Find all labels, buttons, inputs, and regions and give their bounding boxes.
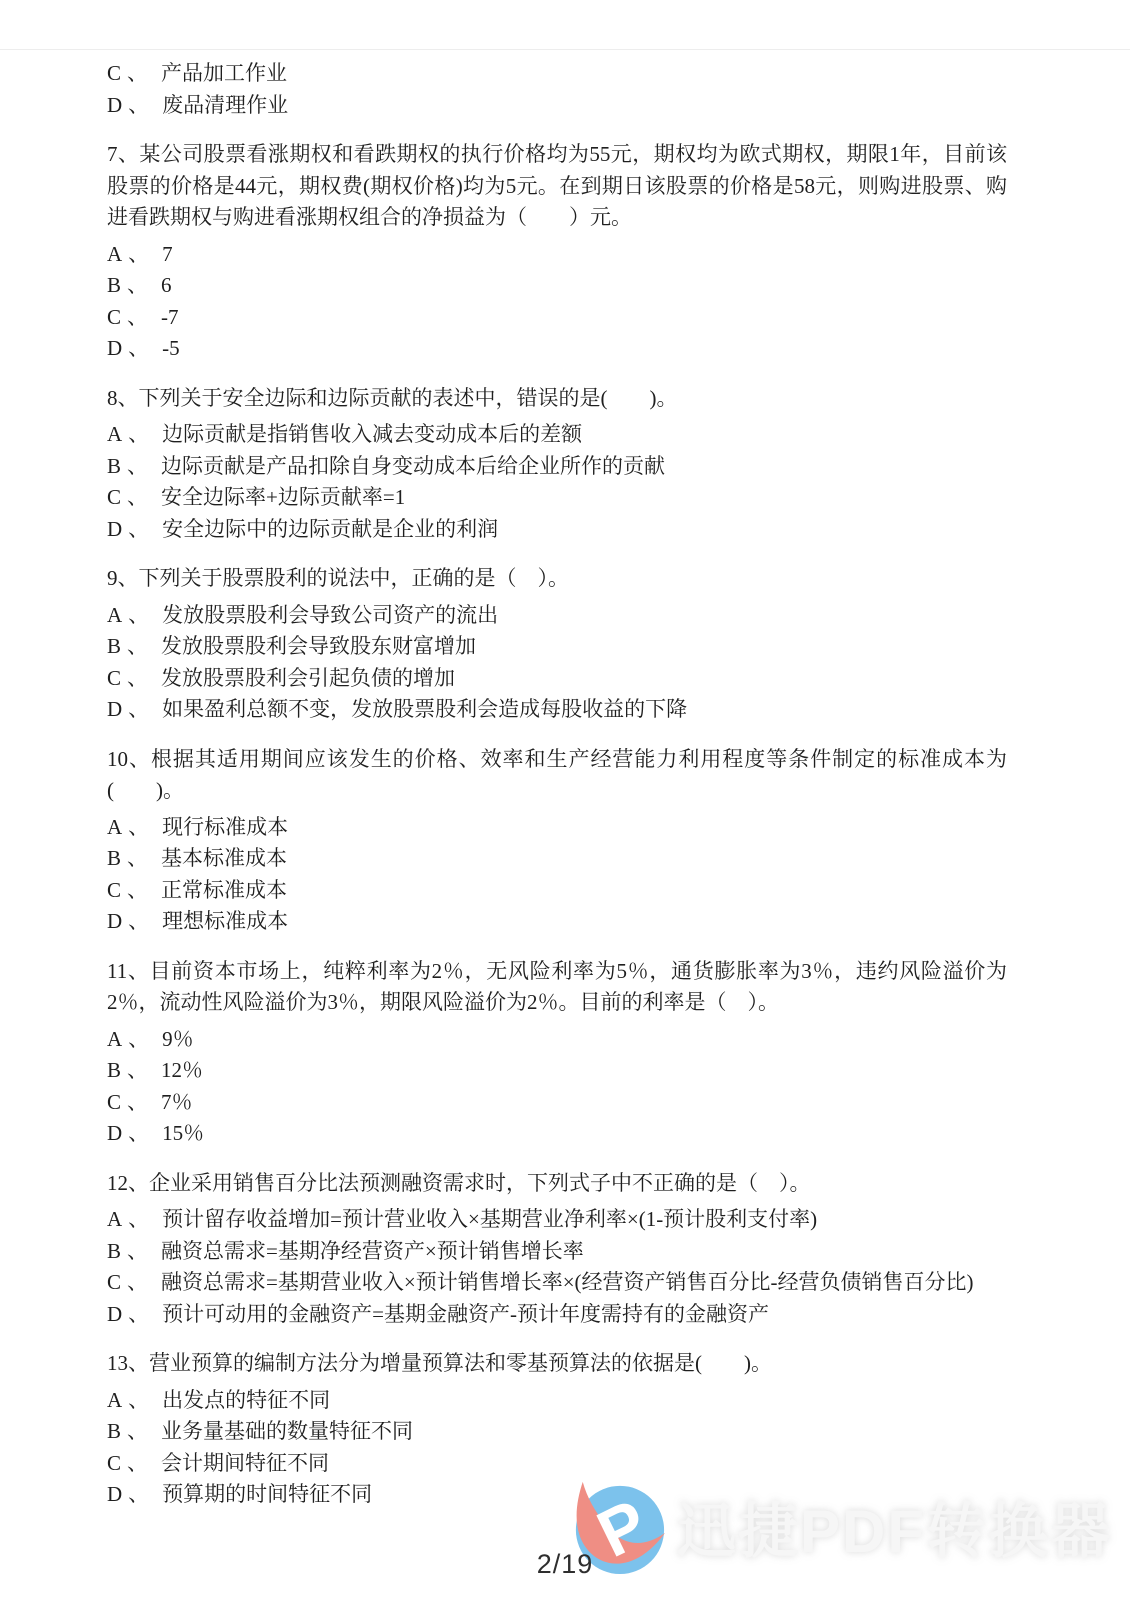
- option-row: A、出发点的特征不同: [107, 1385, 1007, 1417]
- option-label: A、: [107, 422, 155, 446]
- option-row: B、发放股票股利会导致股东财富增加: [107, 631, 1007, 663]
- option-label: A、: [107, 1207, 155, 1231]
- option-text: 9％: [162, 1027, 194, 1051]
- option-label: C、: [107, 1451, 154, 1475]
- option-text: 发放股票股利会导致公司资产的流出: [162, 603, 498, 627]
- option-row: C、融资总需求=基期营业收入×预计销售增长率×(经营资产销售百分比-经营负债销售…: [107, 1267, 1007, 1299]
- question-block-7: 7、某公司股票看涨期权和看跌期权的执行价格均为55元，期权均为欧式期权，期限1年…: [107, 139, 1007, 365]
- question-stem: 12、企业采用销售百分比法预测融资需求时，下列式子中不正确的是（ ）。: [107, 1168, 1007, 1200]
- option-text: 安全边际率+边际贡献率=1: [161, 485, 405, 509]
- option-row: C、-7: [107, 302, 1007, 334]
- option-label: B、: [107, 454, 154, 478]
- question-options: A、现行标准成本 B、基本标准成本 C、正常标准成本 D、理想标准成本: [107, 812, 1007, 938]
- option-row: B、基本标准成本: [107, 843, 1007, 875]
- option-row: A、预计留存收益增加=预计营业收入×基期营业净利率×(1-预计股利支付率): [107, 1204, 1007, 1236]
- option-label: C、: [107, 1090, 154, 1114]
- option-row: D、预算期的时间特征不同: [107, 1479, 1007, 1511]
- option-label: B、: [107, 1419, 154, 1443]
- option-text: 安全边际中的边际贡献是企业的利润: [162, 517, 498, 541]
- option-row: D、废品清理作业: [107, 90, 1007, 122]
- option-label: D、: [107, 697, 155, 721]
- option-text: 现行标准成本: [162, 815, 288, 839]
- option-text: 边际贡献是指销售收入减去变动成本后的差额: [162, 422, 582, 446]
- option-text: 废品清理作业: [162, 93, 288, 117]
- question-options: A、出发点的特征不同 B、业务量基础的数量特征不同 C、会计期间特征不同 D、预…: [107, 1385, 1007, 1511]
- option-row: D、15％: [107, 1118, 1007, 1150]
- option-label: B、: [107, 273, 154, 297]
- option-label: B、: [107, 1239, 154, 1263]
- option-text: 理想标准成本: [162, 909, 288, 933]
- option-row: A、发放股票股利会导致公司资产的流出: [107, 600, 1007, 632]
- option-label: D、: [107, 1121, 155, 1145]
- option-row: A、7: [107, 239, 1007, 271]
- option-label: A、: [107, 1388, 155, 1412]
- option-row: C、会计期间特征不同: [107, 1448, 1007, 1480]
- option-text: 会计期间特征不同: [161, 1451, 329, 1475]
- option-text: 预计留存收益增加=预计营业收入×基期营业净利率×(1-预计股利支付率): [162, 1207, 817, 1231]
- option-text: 6: [161, 273, 172, 297]
- option-text: 如果盈利总额不变，发放股票股利会造成每股收益的下降: [162, 697, 687, 721]
- option-text: 预算期的时间特征不同: [162, 1482, 372, 1506]
- question-block-12: 12、企业采用销售百分比法预测融资需求时，下列式子中不正确的是（ ）。 A、预计…: [107, 1168, 1007, 1331]
- option-text: 业务量基础的数量特征不同: [161, 1419, 413, 1443]
- option-text: -5: [162, 336, 180, 360]
- option-text: 发放股票股利会导致股东财富增加: [161, 634, 476, 658]
- question-options: A、7 B、6 C、-7 D、-5: [107, 239, 1007, 365]
- option-row: B、融资总需求=基期净经营资产×预计销售增长率: [107, 1236, 1007, 1268]
- option-text: 融资总需求=基期营业收入×预计销售增长率×(经营资产销售百分比-经营负债销售百分…: [161, 1270, 974, 1294]
- question-stem: 9、下列关于股票股利的说法中，正确的是（ ）。: [107, 563, 1007, 595]
- question-stem: 7、某公司股票看涨期权和看跌期权的执行价格均为55元，期权均为欧式期权，期限1年…: [107, 139, 1007, 234]
- option-label: D、: [107, 336, 155, 360]
- option-row: D、-5: [107, 333, 1007, 365]
- page-top-divider: [0, 49, 1130, 50]
- option-text: 基本标准成本: [161, 846, 287, 870]
- option-text: 15％: [162, 1121, 204, 1145]
- option-text: 预计可动用的金融资产=基期金融资产-预计年度需持有的金融资产: [162, 1302, 769, 1326]
- question-options: A、预计留存收益增加=预计营业收入×基期营业净利率×(1-预计股利支付率) B、…: [107, 1204, 1007, 1330]
- option-row: B、6: [107, 270, 1007, 302]
- question-block-10: 10、根据其适用期间应该发生的价格、效率和生产经营能力利用程度等条件制定的标准成…: [107, 744, 1007, 938]
- question-stem: 8、下列关于安全边际和边际贡献的表述中，错误的是( )。: [107, 383, 1007, 415]
- question-options: A、边际贡献是指销售收入减去变动成本后的差额 B、边际贡献是产品扣除自身变动成本…: [107, 419, 1007, 545]
- question-block-9: 9、下列关于股票股利的说法中，正确的是（ ）。 A、发放股票股利会导致公司资产的…: [107, 563, 1007, 726]
- option-row: B、边际贡献是产品扣除自身变动成本后给企业所作的贡献: [107, 451, 1007, 483]
- option-text: 12％: [161, 1058, 203, 1082]
- option-text: 产品加工作业: [161, 61, 287, 85]
- option-label: B、: [107, 1058, 154, 1082]
- option-text: 7: [162, 242, 173, 266]
- option-row: D、预计可动用的金融资产=基期金融资产-预计年度需持有的金融资产: [107, 1299, 1007, 1331]
- option-row: A、边际贡献是指销售收入减去变动成本后的差额: [107, 419, 1007, 451]
- option-label: D、: [107, 517, 155, 541]
- option-label: C、: [107, 666, 154, 690]
- option-label: C、: [107, 61, 154, 85]
- option-label: A、: [107, 815, 155, 839]
- option-text: 正常标准成本: [161, 878, 287, 902]
- option-label: C、: [107, 878, 154, 902]
- option-label: B、: [107, 846, 154, 870]
- option-row: A、9％: [107, 1024, 1007, 1056]
- option-label: C、: [107, 1270, 154, 1294]
- option-text: 发放股票股利会引起负债的增加: [161, 666, 455, 690]
- option-row: A、现行标准成本: [107, 812, 1007, 844]
- option-row: C、发放股票股利会引起负债的增加: [107, 663, 1007, 695]
- option-text: 边际贡献是产品扣除自身变动成本后给企业所作的贡献: [161, 454, 665, 478]
- option-label: A、: [107, 242, 155, 266]
- option-label: B、: [107, 634, 154, 658]
- question-stem: 11、目前资本市场上，纯粹利率为2％，无风险利率为5％，通货膨胀率为3％，违约风…: [107, 956, 1007, 1019]
- document-page: C、产品加工作业 D、废品清理作业 7、某公司股票看涨期权和看跌期权的执行价格均…: [107, 53, 1007, 1511]
- option-label: D、: [107, 909, 155, 933]
- question-options: A、9％ B、12％ C、7％ D、15％: [107, 1024, 1007, 1150]
- carryover-options: C、产品加工作业 D、废品清理作业: [107, 58, 1007, 121]
- option-row: C、产品加工作业: [107, 58, 1007, 90]
- option-row: D、如果盈利总额不变，发放股票股利会造成每股收益的下降: [107, 694, 1007, 726]
- question-stem: 10、根据其适用期间应该发生的价格、效率和生产经营能力利用程度等条件制定的标准成…: [107, 744, 1007, 807]
- option-label: C、: [107, 305, 154, 329]
- question-block-11: 11、目前资本市场上，纯粹利率为2％，无风险利率为5％，通货膨胀率为3％，违约风…: [107, 956, 1007, 1150]
- option-row: C、正常标准成本: [107, 875, 1007, 907]
- option-label: D、: [107, 1482, 155, 1506]
- question-block-8: 8、下列关于安全边际和边际贡献的表述中，错误的是( )。 A、边际贡献是指销售收…: [107, 383, 1007, 546]
- option-row: D、安全边际中的边际贡献是企业的利润: [107, 514, 1007, 546]
- option-row: C、安全边际率+边际贡献率=1: [107, 482, 1007, 514]
- option-row: D、理想标准成本: [107, 906, 1007, 938]
- option-text: -7: [161, 305, 179, 329]
- option-label: A、: [107, 603, 155, 627]
- option-label: D、: [107, 1302, 155, 1326]
- option-row: C、7％: [107, 1087, 1007, 1119]
- question-block-13: 13、营业预算的编制方法分为增量预算法和零基预算法的依据是( )。 A、出发点的…: [107, 1348, 1007, 1511]
- option-row: B、业务量基础的数量特征不同: [107, 1416, 1007, 1448]
- question-options: A、发放股票股利会导致公司资产的流出 B、发放股票股利会导致股东财富增加 C、发…: [107, 600, 1007, 726]
- option-text: 融资总需求=基期净经营资产×预计销售增长率: [161, 1239, 584, 1263]
- option-label: A、: [107, 1027, 155, 1051]
- page-number: 2/19: [0, 1549, 1130, 1580]
- option-label: D、: [107, 93, 155, 117]
- option-label: C、: [107, 485, 154, 509]
- option-text: 7％: [161, 1090, 193, 1114]
- option-text: 出发点的特征不同: [162, 1388, 330, 1412]
- question-stem: 13、营业预算的编制方法分为增量预算法和零基预算法的依据是( )。: [107, 1348, 1007, 1380]
- option-row: B、12％: [107, 1055, 1007, 1087]
